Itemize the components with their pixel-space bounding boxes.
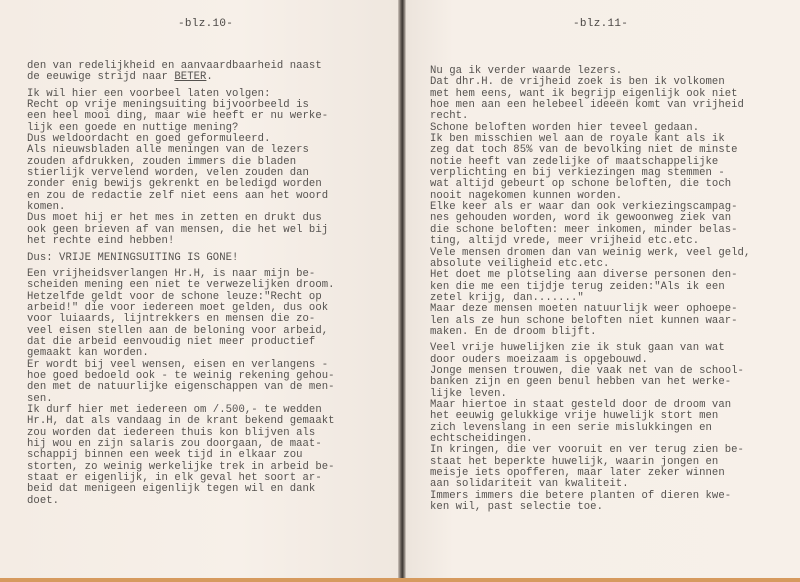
paragraph: den van redelijkheid en aanvaardbaarheid… xyxy=(27,61,335,84)
text-line: den met de natuurlijke eigenschappen van… xyxy=(27,382,335,393)
text-line: schappij binnen een week tijd in elkaar … xyxy=(27,450,335,461)
book-spine xyxy=(398,0,406,578)
page-number-right: -blz.11- xyxy=(573,18,628,30)
left-page-body: den van redelijkheid en aanvaardbaarheid… xyxy=(27,61,335,507)
text-line: gemaakt kan worden. xyxy=(27,348,335,359)
paragraph: Ik wil hier een voorbeel laten volgen:Re… xyxy=(27,89,335,248)
text-line: doet. xyxy=(27,496,335,507)
right-page-body: Nu ga ik verder waarde lezers.Dat dhr.H.… xyxy=(430,66,750,513)
text-line: scheiden mening een niet te verwezelijke… xyxy=(27,280,335,291)
page-number-left: -blz.10- xyxy=(178,18,233,30)
text-line: Hr.H, dat als vandaag in de krant bekend… xyxy=(27,416,335,427)
paragraph: Veel vrije huwelijken zie ik stuk gaan v… xyxy=(430,343,750,513)
left-page: -blz.10- den van redelijkheid en aanvaar… xyxy=(0,0,398,578)
text-line: het rechte eind hebben! xyxy=(27,236,335,247)
text-line: Het doet me plotseling aan diverse perso… xyxy=(430,270,750,281)
text-line: Veel vrije huwelijken zie ik stuk gaan v… xyxy=(430,343,750,354)
right-page: -blz.11- Nu ga ik verder waarde lezers.D… xyxy=(406,0,800,578)
text-line: het eeuwig gelukkige vrije huwelijk stor… xyxy=(430,411,750,422)
text-line: ting, altijd vrede, meer vrijheid etc.et… xyxy=(430,236,750,247)
open-booklet: -blz.10- den van redelijkheid en aanvaar… xyxy=(0,0,800,578)
text-line: Maar deze mensen moeten natuurlijk weer … xyxy=(430,304,750,315)
text-line: en zou de redactie zelf niet eens aan he… xyxy=(27,191,335,202)
text-line: Dus: VRIJE MENINGSUITING IS GONE! xyxy=(27,253,335,264)
text-line: maken. En de droom blijft. xyxy=(430,327,750,338)
paragraph: Nu ga ik verder waarde lezers.Dat dhr.H.… xyxy=(430,66,750,338)
text-line: hoe men aan een helebeel ideeën komt van… xyxy=(430,100,750,111)
page-edge xyxy=(0,578,800,582)
underlined-word: BETER xyxy=(174,71,206,83)
text-line: de eeuwige strijd naar BETER. xyxy=(27,72,335,83)
text-line: Dat dhr.H. de vrijheid zoek is ben ik vo… xyxy=(430,77,750,88)
text-line: voor luiaards, lijntrekkers en mensen di… xyxy=(27,314,335,325)
text-line: banken zijn en geen benul hebben van het… xyxy=(430,377,750,388)
text-line: In kringen, die ver vooruit en ver terug… xyxy=(430,445,750,456)
text-line: ken wil, past selectie toe. xyxy=(430,502,750,513)
paragraph: Een vrijheidsverlangen Hr.H, is naar mij… xyxy=(27,269,335,507)
paragraph: Dus: VRIJE MENINGSUITING IS GONE! xyxy=(27,253,335,264)
text-line: beid dat menigeen eigenlijk tegen wil en… xyxy=(27,484,335,495)
